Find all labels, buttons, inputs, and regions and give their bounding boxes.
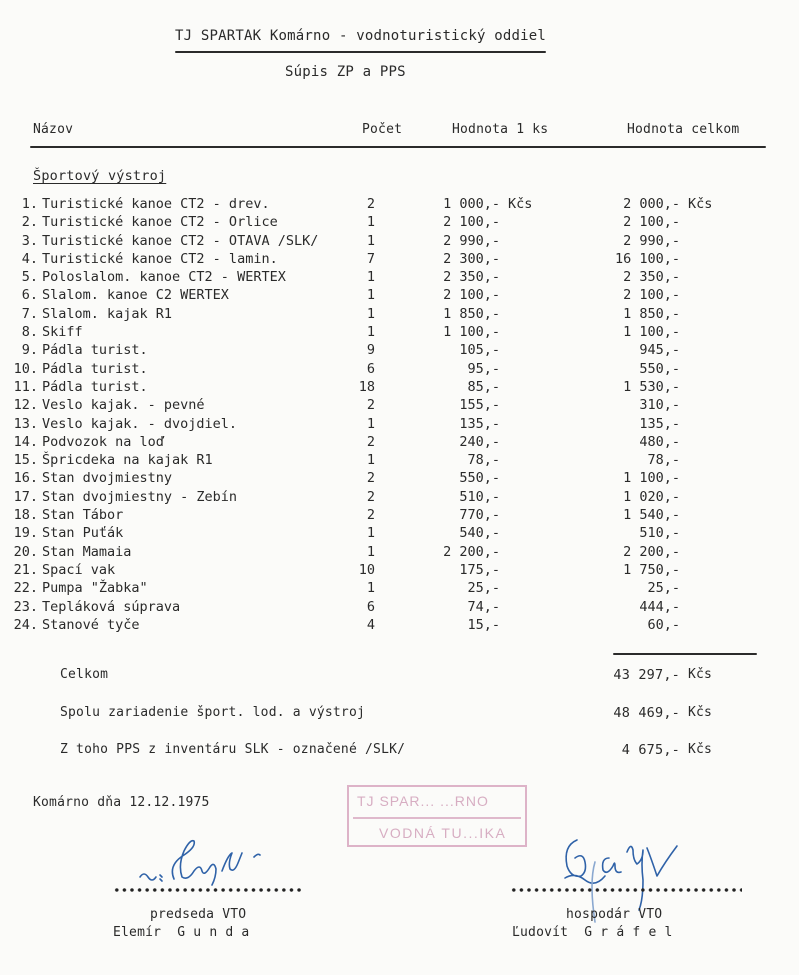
item-quantity: 6 [345,361,375,377]
item-total-value: 78,- [580,452,680,468]
item-number: 13. [10,416,38,432]
table-row: 20.Stan Mamaia12 200,-2 200,- [0,544,799,562]
item-quantity: 1 [345,452,375,468]
left-signature-line [113,887,303,893]
item-quantity: 1 [345,525,375,541]
title-underline [175,51,546,53]
item-unit-value: 2 100,- [400,287,500,303]
item-quantity: 1 [345,324,375,340]
item-table: 1.Turistické kanoe CT2 - drev.21 000,-Kč… [0,196,799,635]
item-number: 17. [10,489,38,505]
table-row: 5.Poloslalom. kanoe CT2 - WERTEX12 350,-… [0,269,799,287]
table-row: 24.Stanové tyče415,-60,- [0,617,799,635]
item-unit-value: 1 850,- [400,306,500,322]
summary-slk-value: 4 675,- [540,742,680,758]
item-total-value: 25,- [580,580,680,596]
item-name: Stan Tábor [42,507,123,523]
item-name: Poloslalom. kanoe CT2 - WERTEX [42,269,286,285]
table-row: 15.Špricdeka na kajak R1178,-78,- [0,452,799,470]
item-unit-value: 2 990,- [400,233,500,249]
summary-slk-currency: Kčs [688,742,712,758]
item-unit-value: 510,- [400,489,500,505]
table-row: 3.Turistické kanoe CT2 - OTAVA /SLK/12 9… [0,233,799,251]
item-unit-value: 25,- [400,580,500,596]
item-unit-value: 135,- [400,416,500,432]
item-total-currency: Kčs [688,196,712,212]
item-number: 1. [10,196,38,212]
table-row: 19.Stan Puťák1540,-510,- [0,525,799,543]
item-name: Veslo kajak. - dvojdiel. [42,416,237,432]
item-total-value: 2 100,- [580,287,680,303]
item-unit-currency: Kčs [508,196,532,212]
item-unit-value: 95,- [400,361,500,377]
item-total-value: 1 020,- [580,489,680,505]
table-row: 2.Turistické kanoe CT2 - Orlice12 100,-2… [0,214,799,232]
item-total-value: 1 540,- [580,507,680,523]
summary-combined-label: Spolu zariadenie šport. lod. a výstroj [60,705,365,721]
item-unit-value: 15,- [400,617,500,633]
item-number: 14. [10,434,38,450]
item-unit-value: 2 350,- [400,269,500,285]
item-number: 21. [10,562,38,578]
item-total-value: 135,- [580,416,680,432]
item-name: Slalom. kanoe C2 WERTEX [42,287,229,303]
table-row: 9.Pádla turist.9105,-945,- [0,342,799,360]
item-name: Veslo kajak. - pevné [42,397,205,413]
item-number: 15. [10,452,38,468]
item-name: Stan dvojmiestny - Zebín [42,489,237,505]
table-row: 11.Pádla turist.1885,-1 530,- [0,379,799,397]
item-total-value: 2 200,- [580,544,680,560]
left-signatory-role: predseda VTO [150,907,246,923]
table-row: 8.Skiff11 100,-1 100,- [0,324,799,342]
item-total-value: 1 750,- [580,562,680,578]
item-total-value: 1 100,- [580,470,680,486]
item-name: Turistické kanoe CT2 - Orlice [42,214,278,230]
table-row: 12.Veslo kajak. - pevné2155,-310,- [0,397,799,415]
item-unit-value: 2 100,- [400,214,500,230]
document-subtitle: Súpis ZP a PPS [285,64,406,80]
item-total-value: 1 530,- [580,379,680,395]
item-name: Stan dvojmiestny [42,470,172,486]
table-row: 7.Slalom. kajak R111 850,-1 850,- [0,306,799,324]
item-unit-value: 1 100,- [400,324,500,340]
table-row: 6.Slalom. kanoe C2 WERTEX12 100,-2 100,- [0,287,799,305]
table-row: 17.Stan dvojmiestny - Zebín2510,-1 020,- [0,489,799,507]
item-number: 20. [10,544,38,560]
item-total-value: 510,- [580,525,680,541]
item-total-value: 16 100,- [580,251,680,267]
item-number: 2. [10,214,38,230]
stamp-line-2: VODNÁ TU...IKA [379,825,506,841]
item-unit-value: 78,- [400,452,500,468]
item-name: Pádla turist. [42,361,148,377]
item-number: 3. [10,233,38,249]
item-quantity: 2 [345,434,375,450]
item-number: 18. [10,507,38,523]
summary-slk-label: Z toho PPS z inventáru SLK - označené /S… [60,742,405,758]
left-signature-icon [130,835,290,895]
table-row: 1.Turistické kanoe CT2 - drev.21 000,-Kč… [0,196,799,214]
item-unit-value: 770,- [400,507,500,523]
summary-combined-value: 48 469,- [540,705,680,721]
table-row: 21.Spací vak10175,-1 750,- [0,562,799,580]
item-unit-value: 2 300,- [400,251,500,267]
item-total-value: 310,- [580,397,680,413]
total-rule [613,653,757,655]
item-unit-value: 240,- [400,434,500,450]
item-number: 4. [10,251,38,267]
item-quantity: 6 [345,599,375,615]
item-quantity: 1 [345,416,375,432]
header-rule [30,146,766,148]
item-total-value: 480,- [580,434,680,450]
column-header-total-value: Hodnota celkom [627,122,739,138]
item-number: 10. [10,361,38,377]
item-name: Skiff [42,324,83,340]
item-name: Tepláková súprava [42,599,180,615]
document-title: TJ SPARTAK Komárno - vodnoturistický odd… [175,28,546,44]
item-quantity: 1 [345,580,375,596]
item-quantity: 1 [345,233,375,249]
right-signatory-name: Ľudovít G r á f e l [512,925,673,941]
stamp-divider [353,817,521,819]
item-unit-value: 155,- [400,397,500,413]
item-unit-value: 85,- [400,379,500,395]
item-quantity: 2 [345,196,375,212]
item-number: 5. [10,269,38,285]
item-name: Spací vak [42,562,115,578]
item-name: Slalom. kajak R1 [42,306,172,322]
item-number: 16. [10,470,38,486]
item-quantity: 2 [345,470,375,486]
summary-combined-currency: Kčs [688,705,712,721]
item-unit-value: 540,- [400,525,500,541]
item-total-value: 2 990,- [580,233,680,249]
item-unit-value: 175,- [400,562,500,578]
item-total-value: 2 000,- [580,196,680,212]
item-quantity: 9 [345,342,375,358]
item-name: Turistické kanoe CT2 - drev. [42,196,270,212]
item-quantity: 7 [345,251,375,267]
item-total-value: 945,- [580,342,680,358]
item-number: 19. [10,525,38,541]
item-unit-value: 105,- [400,342,500,358]
item-unit-value: 1 000,- [400,196,500,212]
table-row: 22.Pumpa "Žabka"125,-25,- [0,580,799,598]
left-signatory-name: Elemír G u n d a [113,925,249,941]
table-row: 13.Veslo kajak. - dvojdiel.1135,-135,- [0,416,799,434]
item-total-value: 2 350,- [580,269,680,285]
item-quantity: 10 [345,562,375,578]
column-header-unit-value: Hodnota 1 ks [452,122,548,138]
table-row: 14.Podvozok na loď2240,-480,- [0,434,799,452]
item-total-value: 550,- [580,361,680,377]
item-quantity: 1 [345,544,375,560]
item-name: Stan Puťák [42,525,123,541]
item-quantity: 1 [345,287,375,303]
item-quantity: 1 [345,269,375,285]
item-number: 6. [10,287,38,303]
stamp-line-1: TJ SPAR... ...RNO [357,793,489,809]
item-number: 24. [10,617,38,633]
item-name: Pumpa "Žabka" [42,580,148,596]
right-signatory-role: hospodár VTO [566,907,662,923]
item-unit-value: 74,- [400,599,500,615]
item-unit-value: 550,- [400,470,500,486]
column-header-qty: Počet [362,122,402,138]
item-name: Pádla turist. [42,379,148,395]
item-name: Turistické kanoe CT2 - OTAVA /SLK/ [42,233,318,249]
date-line: Komárno dňa 12.12.1975 [33,795,210,811]
right-signature-line [510,887,742,893]
item-number: 22. [10,580,38,596]
item-number: 23. [10,599,38,615]
summary-total-value: 43 297,- [540,667,680,683]
item-total-value: 1 100,- [580,324,680,340]
item-quantity: 1 [345,306,375,322]
item-quantity: 2 [345,507,375,523]
table-row: 18.Stan Tábor2770,-1 540,- [0,507,799,525]
item-quantity: 1 [345,214,375,230]
item-quantity: 2 [345,489,375,505]
table-row: 16.Stan dvojmiestny2550,-1 100,- [0,470,799,488]
item-number: 7. [10,306,38,322]
item-quantity: 18 [345,379,375,395]
item-name: Podvozok na loď [42,434,164,450]
item-total-value: 1 850,- [580,306,680,322]
item-unit-value: 2 200,- [400,544,500,560]
table-row: 23.Tepláková súprava674,-444,- [0,599,799,617]
item-number: 9. [10,342,38,358]
item-number: 8. [10,324,38,340]
item-name: Turistické kanoe CT2 - lamin. [42,251,278,267]
item-name: Špricdeka na kajak R1 [42,452,213,468]
table-row: 4.Turistické kanoe CT2 - lamin.72 300,-1… [0,251,799,269]
column-header-name: Názov [33,122,73,138]
summary-total-label: Celkom [60,667,108,683]
item-number: 11. [10,379,38,395]
item-name: Pádla turist. [42,342,148,358]
item-total-value: 2 100,- [580,214,680,230]
item-name: Stan Mamaia [42,544,131,560]
item-quantity: 4 [345,617,375,633]
organization-stamp: TJ SPAR... ...RNO VODNÁ TU...IKA [347,785,527,847]
item-total-value: 444,- [580,599,680,615]
item-total-value: 60,- [580,617,680,633]
item-name: Stanové tyče [42,617,140,633]
table-row: 10.Pádla turist.695,-550,- [0,361,799,379]
section-title: Športový výstroj [33,168,166,184]
summary-total-currency: Kčs [688,667,712,683]
item-number: 12. [10,397,38,413]
item-quantity: 2 [345,397,375,413]
